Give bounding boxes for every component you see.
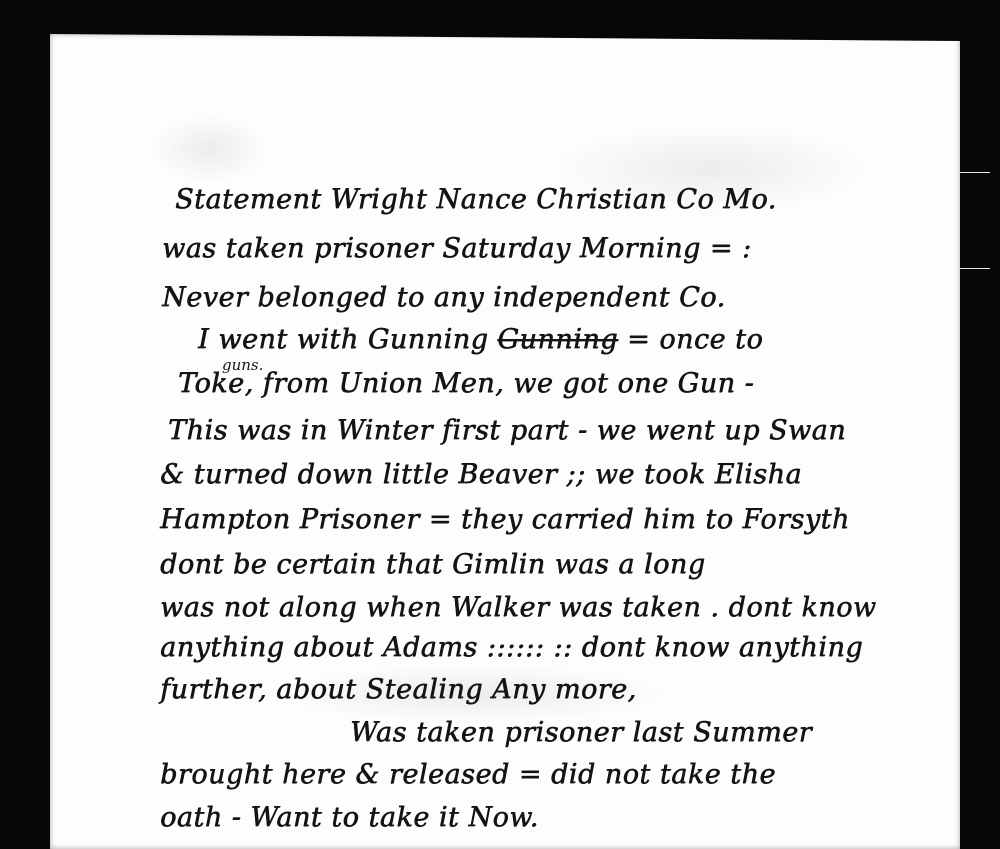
handwritten-line-11: anything about Adams :::::: :: dont know… <box>160 632 863 663</box>
handwritten-line-13: Was taken prisoner last Summer <box>350 717 812 748</box>
paper-sheet: Statement Wright Nance Christian Co Mo. … <box>50 34 960 849</box>
film-scratch <box>960 268 990 269</box>
paper-stain <box>150 114 270 184</box>
scanned-document: Statement Wright Nance Christian Co Mo. … <box>0 0 1000 849</box>
handwritten-line-15: oath - Want to take it Now. <box>160 802 539 833</box>
handwritten-line-3: Never belonged to any independent Co. <box>162 282 726 313</box>
handwritten-line-14: brought here & released = did not take t… <box>160 759 776 790</box>
film-scratch <box>960 172 990 173</box>
handwritten-line-12: further, about Stealing Any more, <box>160 674 637 705</box>
handwritten-line-6: This was in Winter first part - we went … <box>168 415 846 446</box>
struck-word: Gunning <box>497 324 618 355</box>
handwritten-line-4: I went with Gunning Gunning = once to <box>198 324 763 355</box>
handwritten-line-5: Toke, from Union Men, we got one Gun - <box>178 368 754 399</box>
line-4-start: I went with Gunning <box>198 324 497 355</box>
handwritten-line-8: Hampton Prisoner = they carried him to F… <box>160 504 850 535</box>
handwritten-line-2: was taken prisoner Saturday Morning = : <box>162 233 752 264</box>
handwritten-line-10: was not along when Walker was taken . do… <box>160 592 876 623</box>
handwritten-line-9: dont be certain that Gimlin was a long <box>160 549 705 580</box>
handwritten-line-7: & turned down little Beaver ;; we took E… <box>160 459 802 490</box>
handwritten-line-1: Statement Wright Nance Christian Co Mo. <box>175 184 777 215</box>
line-4-end: = once to <box>618 324 763 355</box>
